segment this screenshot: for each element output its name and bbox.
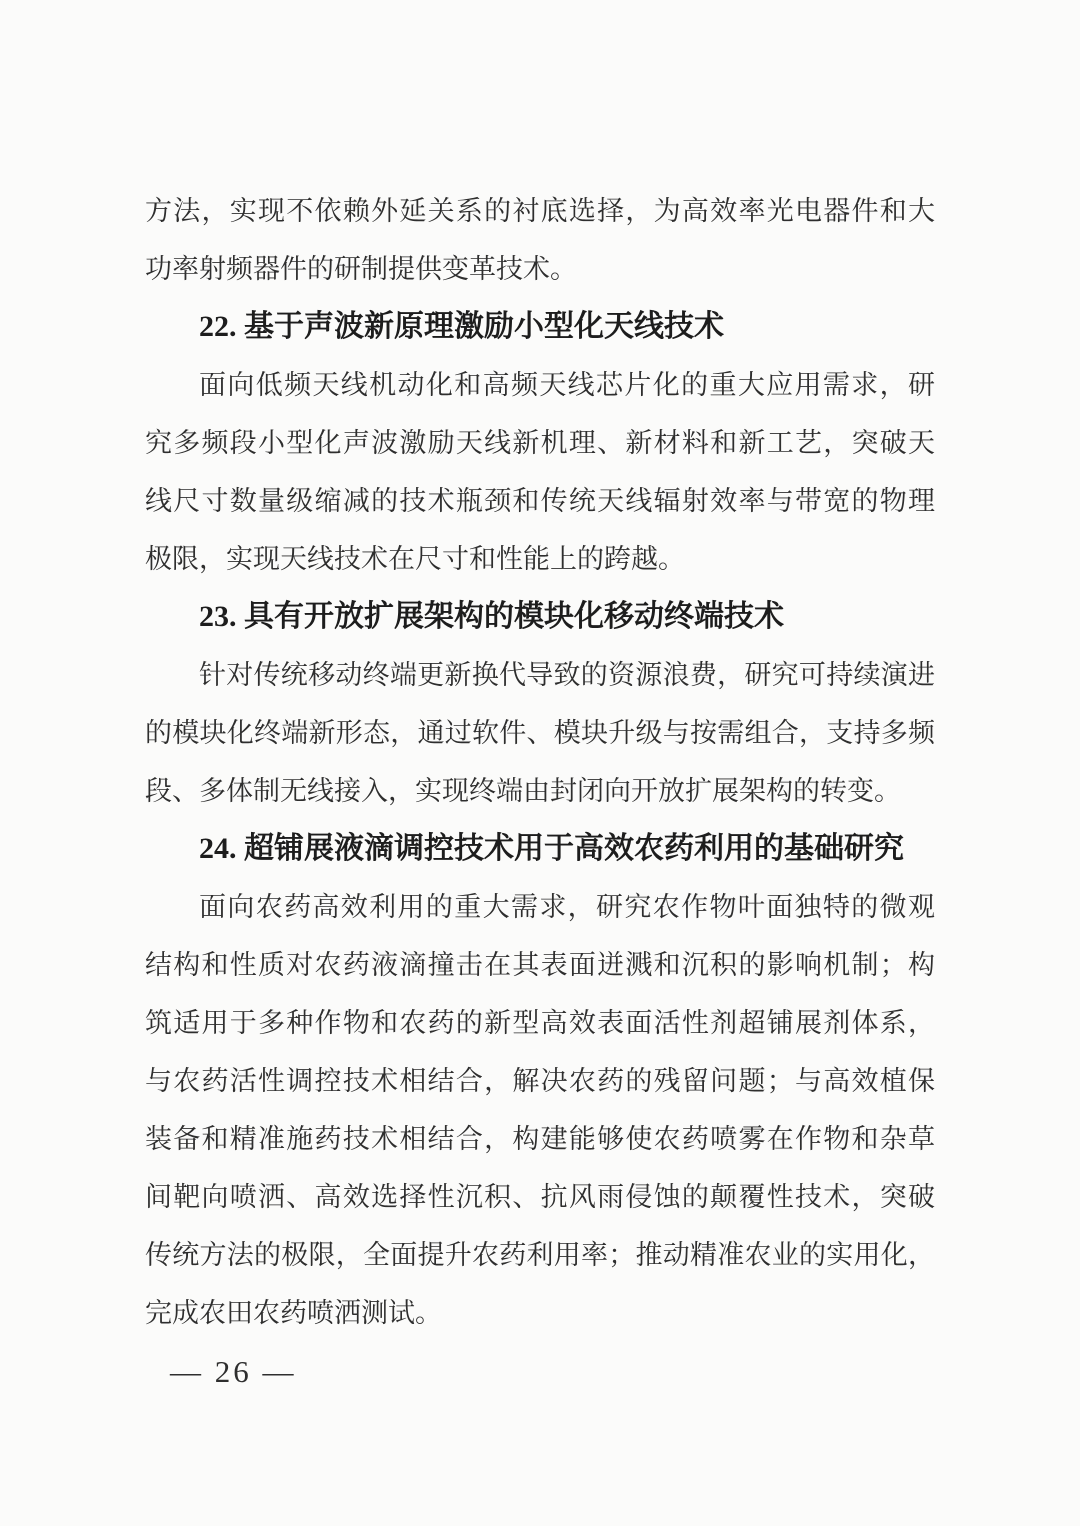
- text-line: 结构和性质对农药液滴撞击在其表面迸溅和沉积的影响机制；构: [145, 936, 935, 994]
- section-heading-23: 23. 具有开放扩展架构的模块化移动终端技术: [145, 588, 935, 646]
- section-22-paragraph: 面向低频天线机动化和高频天线芯片化的重大应用需求，研 究多频段小型化声波激励天线…: [145, 356, 935, 588]
- text-line: 装备和精准施药技术相结合，构建能够使农药喷雾在作物和杂草: [145, 1110, 935, 1168]
- page-number: — 26 —: [170, 1352, 297, 1392]
- text-line: 完成农田农药喷洒测试。: [145, 1284, 935, 1342]
- text-line: 段、多体制无线接入，实现终端由封闭向开放扩展架构的转变。: [145, 762, 935, 820]
- section-24-paragraph: 面向农药高效利用的重大需求，研究农作物叶面独特的微观 结构和性质对农药液滴撞击在…: [145, 878, 935, 1342]
- text-line: 功率射频器件的研制提供变革技术。: [145, 240, 935, 298]
- section-heading-24: 24. 超铺展液滴调控技术用于高效农药利用的基础研究: [145, 820, 935, 878]
- text-line: 究多频段小型化声波激励天线新机理、新材料和新工艺，突破天: [145, 414, 935, 472]
- paragraph-continuation: 方法，实现不依赖外延关系的衬底选择，为高效率光电器件和大 功率射频器件的研制提供…: [145, 182, 935, 298]
- text-line: 方法，实现不依赖外延关系的衬底选择，为高效率光电器件和大: [145, 182, 935, 240]
- text-line: 传统方法的极限，全面提升农药利用率；推动精准农业的实用化，: [145, 1226, 935, 1284]
- text-line: 针对传统移动终端更新换代导致的资源浪费，研究可持续演进: [145, 646, 935, 704]
- text-line: 筑适用于多种作物和农药的新型高效表面活性剂超铺展剂体系，: [145, 994, 935, 1052]
- text-line: 极限，实现天线技术在尺寸和性能上的跨越。: [145, 530, 935, 588]
- text-line: 面向农药高效利用的重大需求，研究农作物叶面独特的微观: [145, 878, 935, 936]
- text-line: 的模块化终端新形态，通过软件、模块升级与按需组合，支持多频: [145, 704, 935, 762]
- section-heading-22: 22. 基于声波新原理激励小型化天线技术: [145, 298, 935, 356]
- text-line: 线尺寸数量级缩减的技术瓶颈和传统天线辐射效率与带宽的物理: [145, 472, 935, 530]
- text-line: 间靶向喷洒、高效选择性沉积、抗风雨侵蚀的颠覆性技术，突破: [145, 1168, 935, 1226]
- page-content: 方法，实现不依赖外延关系的衬底选择，为高效率光电器件和大 功率射频器件的研制提供…: [145, 182, 935, 1342]
- text-line: 与农药活性调控技术相结合，解决农药的残留问题；与高效植保: [145, 1052, 935, 1110]
- text-line: 面向低频天线机动化和高频天线芯片化的重大应用需求，研: [145, 356, 935, 414]
- document-page: 方法，实现不依赖外延关系的衬底选择，为高效率光电器件和大 功率射频器件的研制提供…: [0, 0, 1080, 1526]
- section-23-paragraph: 针对传统移动终端更新换代导致的资源浪费，研究可持续演进 的模块化终端新形态，通过…: [145, 646, 935, 820]
